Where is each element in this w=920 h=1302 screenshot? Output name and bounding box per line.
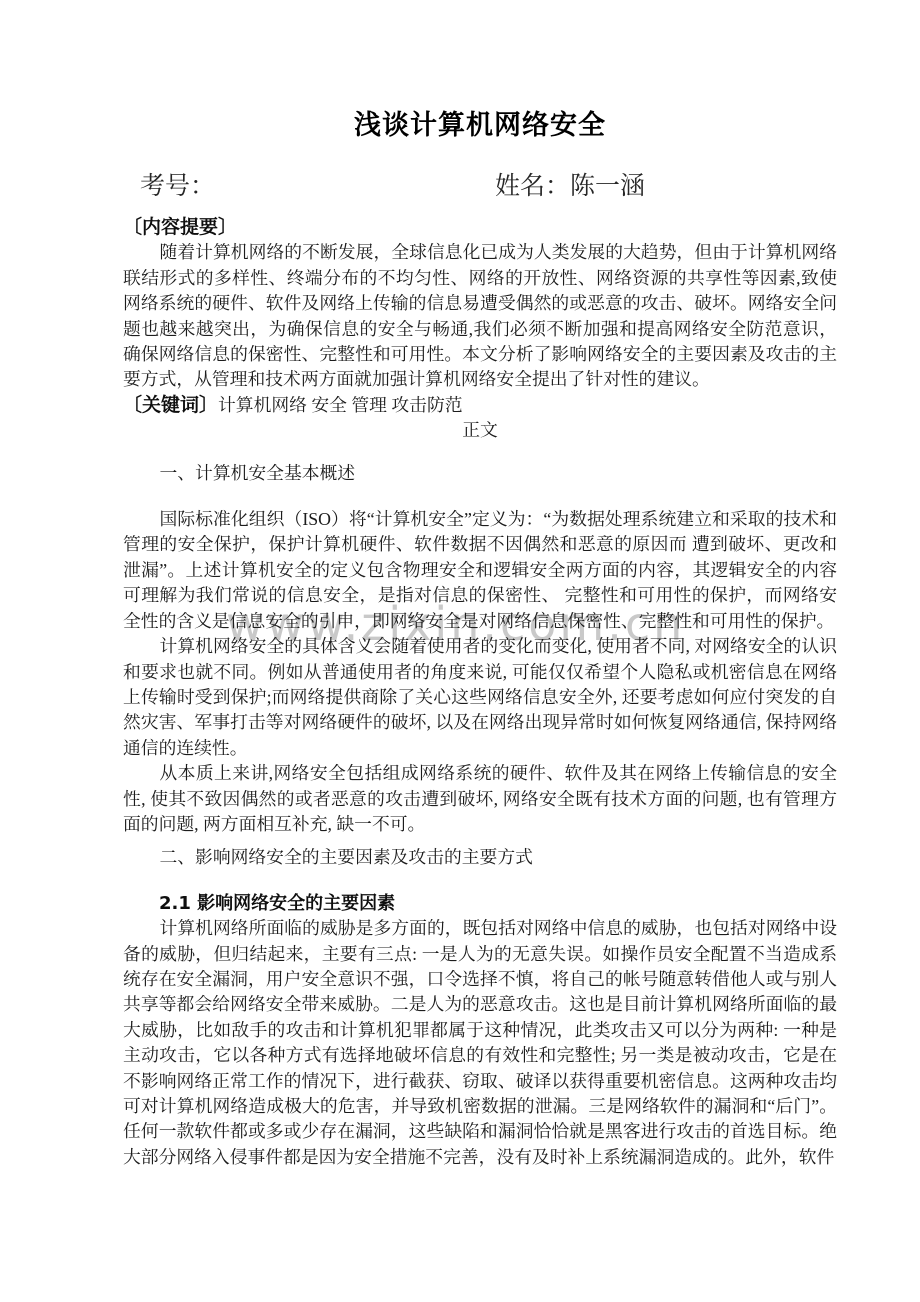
document-page: www.zixin.com.cn 浅谈计算机网络安全 考号： 姓名：陈一涵 〔内… (0, 0, 920, 1302)
keywords-line: 〔关键词〕计算机网络 安全 管理 攻击防范 (123, 393, 837, 418)
section-2-1-subheading: 2.1 影响网络安全的主要因素 (123, 891, 837, 916)
keywords-text: 计算机网络 安全 管理 攻击防范 (218, 395, 463, 415)
abstract-label: 〔内容提要〕 (123, 215, 837, 240)
section-1-heading: 一、计算机安全基本概述 (123, 461, 837, 486)
section-1-paragraph-1: 国际标准化组织（ISO）将“计算机安全”定义为：“为数据处理系统建立和采取的技术… (123, 507, 837, 634)
abstract-paragraph: 随着计算机网络的不断发展，全球信息化已成为人类发展的大趋势，但由于计算机网络联结… (123, 240, 837, 392)
page-title: 浅谈计算机网络安全 (123, 108, 837, 144)
section-2-paragraph-1: 计算机网络所面临的威胁是多方面的，既包括对网络中信息的威胁，也包括对网络中设备的… (123, 916, 837, 1170)
student-name-label: 姓名：陈一涵 (495, 170, 645, 204)
exam-number-label: 考号： (140, 170, 215, 204)
keywords-label: 〔关键词〕 (123, 394, 218, 416)
student-info-line: 考号： 姓名：陈一涵 (123, 170, 837, 204)
body-marker: 正文 (123, 418, 837, 443)
document-content: 浅谈计算机网络安全 考号： 姓名：陈一涵 〔内容提要〕 随着计算机网络的不断发展… (123, 0, 837, 1170)
section-1-paragraph-2: 计算机网络安全的具体含义会随着使用者的变化而变化, 使用者不同, 对网络安全的认… (123, 634, 837, 761)
section-1-paragraph-3: 从本质上来讲,网络安全包括组成网络系统的硬件、软件及其在网络上传输信息的安全性,… (123, 761, 837, 837)
section-2-heading: 二、影响网络安全的主要因素及攻击的主要方式 (123, 845, 837, 870)
